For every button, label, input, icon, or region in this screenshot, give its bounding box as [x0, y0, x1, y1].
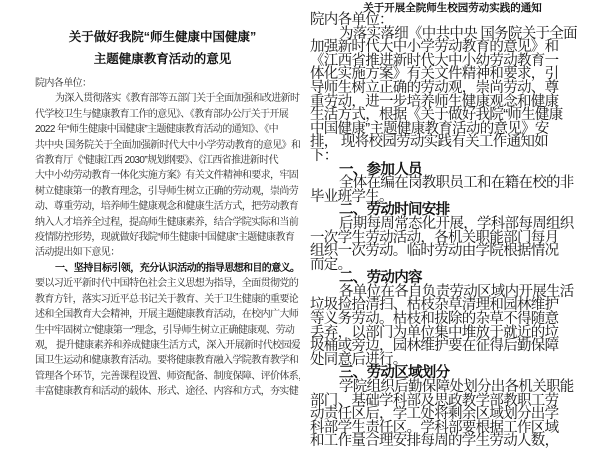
text-line: 疫情防控形势，现就做好我院“师生健康中国健康”主题健康教育 — [35, 230, 290, 245]
text-line: 省教育厅《“健康江西 2030”规划纲要》、《江西省推进新时代 — [35, 153, 290, 168]
text-line: 2022 年“师生健康中国健康”主题健康教育活动的通知》、《中 — [35, 122, 290, 137]
text-line: 要以习近平新时代中国特色社会主义思想为指导，全面贯彻党的 — [35, 276, 290, 291]
text-line: 活动提出如下意见： — [35, 245, 290, 260]
text-line: 管理各个环节，完善课程设置、师资配备、制度保障、评价体系， — [35, 369, 290, 384]
text-line: 和工作量合理安排每周的学生劳动人数， — [310, 435, 595, 449]
text-line: 为深入贯彻落实《教育部等五部门关于全面加强和改进新时 — [35, 91, 290, 106]
section-heading: 一、坚持目标引领，充分认识活动的指导思想和目的意义。 — [35, 261, 290, 276]
left-document-page: 关于做好我院“师生健康中国健康”主题健康教育活动的意见院内各单位：为深入贯彻落实… — [0, 0, 300, 449]
text-line: 国卫生运动和健康教育活动。要将健康教育融入学院教育教学和 — [35, 353, 290, 368]
text-line: 院内各单位： — [35, 76, 290, 91]
right-document-page: 关于开展全院师生校园劳动实践的通知院内各单位：为落实落细《中共中央 国务院关于全… — [300, 0, 600, 449]
text-line: 教育方针，落实习近平总书记关于教育、关于卫生健康的重要论 — [35, 292, 290, 307]
text-line: 排， 现将校园劳动实践有关工作通知如 — [310, 136, 595, 150]
text-line: 丰富健康教育和活动的载体、形式、途径、内容和方式，夯实健 — [35, 384, 290, 399]
document-title-line: 关于做好我院“师生健康中国健康” — [35, 26, 290, 48]
text-line: 动、尊重劳动，培养师生健康观念和健康生活方式，把劳动教育 — [35, 199, 290, 214]
text-line: 树立健康第一的教育理念，引导师生树立正确的劳动观，崇尚劳 — [35, 184, 290, 199]
text-line: 述和全国教育大会精神，开展主题健康教育活动，在校内广大师 — [35, 307, 290, 322]
scanned-documents-view: 关于做好我院“师生健康中国健康”主题健康教育活动的意见院内各单位：为深入贯彻落实… — [0, 0, 600, 449]
text-line: 观， 提升健康素养和养成健康生活方式，深入开展新时代校园爱 — [35, 338, 290, 353]
document-title-line: 主题健康教育活动的意见 — [35, 48, 290, 70]
text-line: 代学校卫生与健康教育工作的意见》、《教育部办公厅关于开展 — [35, 107, 290, 122]
text-line: 大中小幼劳动教育一体化实施方案》有关文件精神和要求，牢固 — [35, 168, 290, 183]
text-line: 生中牢固树立“健康第一”理念，引导师生树立正确健康观、劳动 — [35, 323, 290, 338]
text-line: 共中央 国务院关于全面加强新时代大中小学劳动教育的意见》和 — [35, 138, 290, 153]
text-line: 组织一次劳动。临时劳动由学院根据情况 — [310, 245, 595, 259]
text-line: 纳入人才培养全过程，提高师生健康素养，结合学院实际和当前 — [35, 215, 290, 230]
